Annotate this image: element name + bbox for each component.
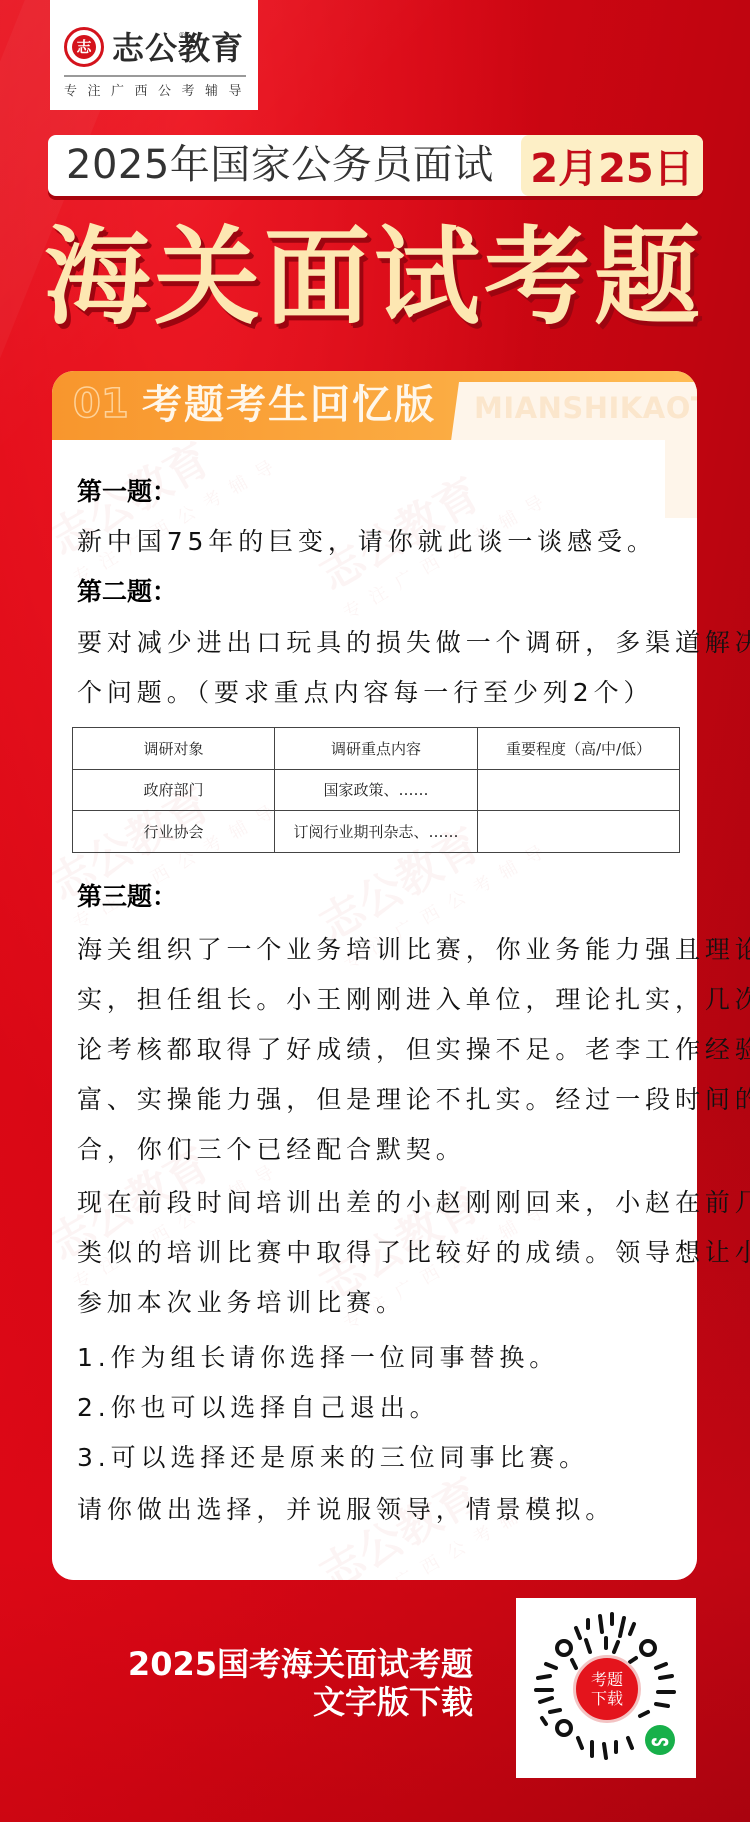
registered-mark: ® <box>178 31 186 40</box>
question-2-label: 第二题： <box>77 577 177 607</box>
table-header: 调研重点内容 <box>275 728 478 770</box>
question-3-text: 实，担任组长。小王刚刚进入单位，理论扎实，几次理 <box>77 985 750 1015</box>
exam-subtitle: 2025年国家公务员面试 <box>66 135 494 196</box>
survey-table: 调研对象 调研重点内容 重要程度（高/中/低） 政府部门 国家政策、…… 行业协… <box>72 727 680 853</box>
question-2-text: 要对减少进出口玩具的损失做一个调研，多渠道解决这 <box>77 628 750 658</box>
question-3-option: 1.作为组长请你选择一位同事替换。 <box>77 1343 559 1373</box>
table-cell: 政府部门 <box>73 769 275 811</box>
question-1-label: 第一题： <box>77 477 177 507</box>
question-3-label: 第三题： <box>77 882 177 912</box>
table-cell: 行业协会 <box>73 811 275 853</box>
section-number: 01 <box>73 379 129 429</box>
table-cell: 国家政策、…… <box>275 769 478 811</box>
page-title: 海关面试考题 <box>44 213 710 343</box>
logo-divider <box>64 75 246 77</box>
question-3-text: 合，你们三个已经配合默契。 <box>77 1135 466 1165</box>
qr-center-badge: 考题 下载 <box>573 1655 641 1723</box>
question-3-option: 3.可以选择还是原来的三位同事比赛。 <box>77 1443 589 1473</box>
table-row: 政府部门 国家政策、…… <box>73 769 680 811</box>
table-row: 行业协会 订阅行业期刊杂志、…… <box>73 811 680 853</box>
qr-code[interactable]: 考题 下载 ᔕ <box>516 1598 696 1778</box>
question-3-text: 海关组织了一个业务培训比赛，你业务能力强且理论扎 <box>77 935 750 965</box>
question-2-text: 个问题。（要求重点内容每一行至少列2个） <box>77 678 653 708</box>
table-header-row: 调研对象 调研重点内容 重要程度（高/中/低） <box>73 728 680 770</box>
table-header: 调研对象 <box>73 728 275 770</box>
brand-tagline: 专注广西公考辅导 <box>64 84 252 100</box>
date-badge: 2月25日 <box>521 135 703 196</box>
promo-title: 2025国考海关面试考题 <box>128 1646 473 1682</box>
question-3-text: 请你做出选择，并说服领导，情景模拟。 <box>77 1495 615 1525</box>
question-1-text: 新中国75年的巨变，请你就此谈一谈感受。 <box>77 527 657 557</box>
section-title: 考题考生回忆版 <box>142 378 436 432</box>
table-header: 重要程度（高/中/低） <box>478 728 680 770</box>
question-3-text: 参加本次业务培训比赛。 <box>77 1288 406 1318</box>
brand-logo: 志 志公教育 ® 专注广西公考辅导 <box>50 0 258 110</box>
section-tab-label: MIANSHIKAOTI <box>474 385 697 431</box>
question-3-text: 现在前段时间培训出差的小赵刚刚回来，小赵在前几次 <box>77 1188 750 1218</box>
table-cell <box>478 769 680 811</box>
brand-seal-icon: 志 <box>64 27 104 67</box>
subtitle-bar: 2025年国家公务员面试 2月25日 <box>48 135 703 196</box>
exam-date: 2月25日 <box>530 137 694 194</box>
wechat-miniprogram-icon: ᔕ <box>645 1725 675 1755</box>
promo-subtitle: 文字版下载 <box>313 1684 473 1720</box>
question-3-text: 类似的培训比赛中取得了比较好的成绩。领导想让小赵 <box>77 1238 750 1268</box>
question-3-text: 论考核都取得了好成绩，但实操不足。老李工作经验丰 <box>77 1035 750 1065</box>
table-cell: 订阅行业期刊杂志、…… <box>275 811 478 853</box>
table-cell <box>478 811 680 853</box>
question-3-text: 富、实操能力强，但是理论不扎实。经过一段时间的磨 <box>77 1085 750 1115</box>
question-3-option: 2.你也可以选择自己退出。 <box>77 1393 440 1423</box>
